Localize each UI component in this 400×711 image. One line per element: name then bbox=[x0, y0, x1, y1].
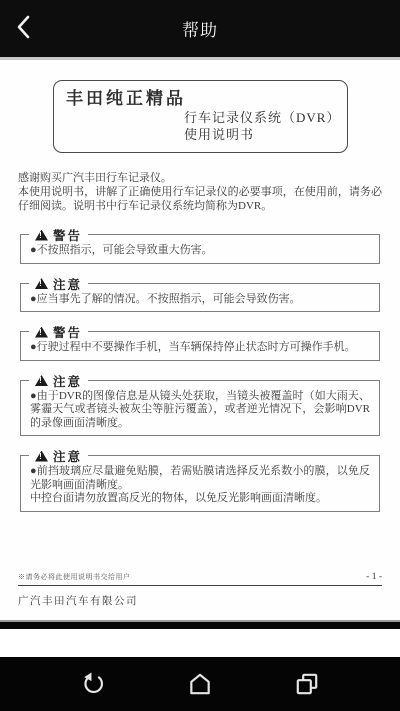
notice-body: ●由于DVR的图像信息是从镜头处获取，当镜头被覆盖时（如大雨天、雾霾天气或者镜头… bbox=[30, 390, 370, 431]
notice-type-label: 警告 bbox=[53, 226, 82, 244]
manual-system-title: 行车记录仪系统（DVR） bbox=[184, 109, 337, 126]
notice-legend: 注意 bbox=[29, 372, 88, 390]
intro-line-2: 本使用说明书，讲解了正确使用行车记录仪的必要事项，在使用前，请务必仔细阅读。说明… bbox=[18, 185, 382, 213]
notice-box-caution-1: 注意 ●应当事先了解的情况。不按照指示，可能会导致伤害。 bbox=[20, 283, 380, 313]
notice-legend: 警告 bbox=[29, 226, 88, 244]
phone-screen: 帮助 丰田纯正精品 行车记录仪系统（DVR） 使用说明书 感谢购买广汽丰田行车记… bbox=[0, 0, 400, 711]
notice-box-warning-2: 警告 ●行驶过程中不要操作手机，当车辆保持停止状态时方可操作手机。 bbox=[20, 331, 380, 361]
manual-title-box: 丰田纯正精品 行车记录仪系统（DVR） 使用说明书 bbox=[53, 80, 348, 153]
nav-home-button[interactable] bbox=[170, 657, 230, 711]
warning-triangle-icon bbox=[35, 327, 48, 338]
notice-type-label: 警告 bbox=[53, 323, 82, 341]
notice-box-caution-3: 注意 ●前挡玻璃应尽量避免贴膜，若需贴膜请选择反光系数小的膜，以免反光影响画面清… bbox=[20, 455, 380, 512]
company-name: 广汽丰田汽车有限公司 bbox=[18, 593, 382, 608]
notice-type-label: 注意 bbox=[53, 275, 82, 293]
warning-triangle-icon bbox=[35, 230, 48, 241]
android-navbar bbox=[0, 657, 400, 711]
footer-note: ※请务必将此使用说明书交给用户 bbox=[18, 572, 131, 582]
notice-box-warning-1: 警告 ●不按照指示，可能会导致重大伤害。 bbox=[20, 234, 380, 264]
notice-type-label: 注意 bbox=[53, 447, 82, 465]
page-title: 帮助 bbox=[0, 16, 400, 41]
home-outline-icon bbox=[187, 671, 213, 697]
intro-line-1: 感谢购买广汽丰田行车记录仪。 bbox=[18, 171, 382, 185]
notice-legend: 警告 bbox=[29, 323, 88, 341]
page-number: - 1 - bbox=[366, 572, 382, 582]
manual-brand-title: 丰田纯正精品 bbox=[66, 88, 337, 109]
document-scroll-area[interactable]: 丰田纯正精品 行车记录仪系统（DVR） 使用说明书 感谢购买广汽丰田行车记录仪。… bbox=[0, 60, 400, 620]
notice-type-label: 注意 bbox=[53, 372, 82, 390]
warning-triangle-icon bbox=[35, 278, 48, 289]
back-arrow-curved-icon bbox=[80, 671, 106, 697]
document-footer: ※请务必将此使用说明书交给用户 - 1 - 广汽丰田汽车有限公司 bbox=[18, 572, 382, 608]
notice-box-caution-2: 注意 ●由于DVR的图像信息是从镜头处获取，当镜头被覆盖时（如大雨天、雾霾天气或… bbox=[20, 380, 380, 437]
intro-paragraph: 感谢购买广汽丰田行车记录仪。 本使用说明书，讲解了正确使用行车记录仪的必要事项，… bbox=[18, 171, 382, 213]
notice-legend: 注意 bbox=[29, 275, 88, 293]
manual-subtitle: 使用说明书 bbox=[184, 126, 337, 143]
notice-body: ●前挡玻璃应尽量避免贴膜，若需贴膜请选择反光系数小的膜，以免反光影响画面清晰度。… bbox=[30, 465, 370, 506]
notice-legend: 注意 bbox=[29, 447, 88, 465]
recents-squares-icon bbox=[294, 671, 320, 697]
footer-rule-row: ※请务必将此使用说明书交给用户 - 1 - bbox=[18, 572, 382, 586]
warning-triangle-icon bbox=[35, 451, 48, 462]
app-header: 帮助 bbox=[0, 0, 400, 57]
notice-body: ●行驶过程中不要操作手机，当车辆保持停止状态时方可操作手机。 bbox=[30, 341, 370, 355]
nav-recents-button[interactable] bbox=[277, 657, 337, 711]
warning-triangle-icon bbox=[35, 375, 48, 386]
next-page-sliver bbox=[0, 629, 400, 657]
notice-body: ●应当事先了解的情况。不按照指示，可能会导致伤害。 bbox=[30, 293, 370, 307]
notice-body: ●不按照指示，可能会导致重大伤害。 bbox=[30, 244, 370, 258]
nav-back-button[interactable] bbox=[63, 657, 123, 711]
page-gap bbox=[0, 622, 400, 629]
